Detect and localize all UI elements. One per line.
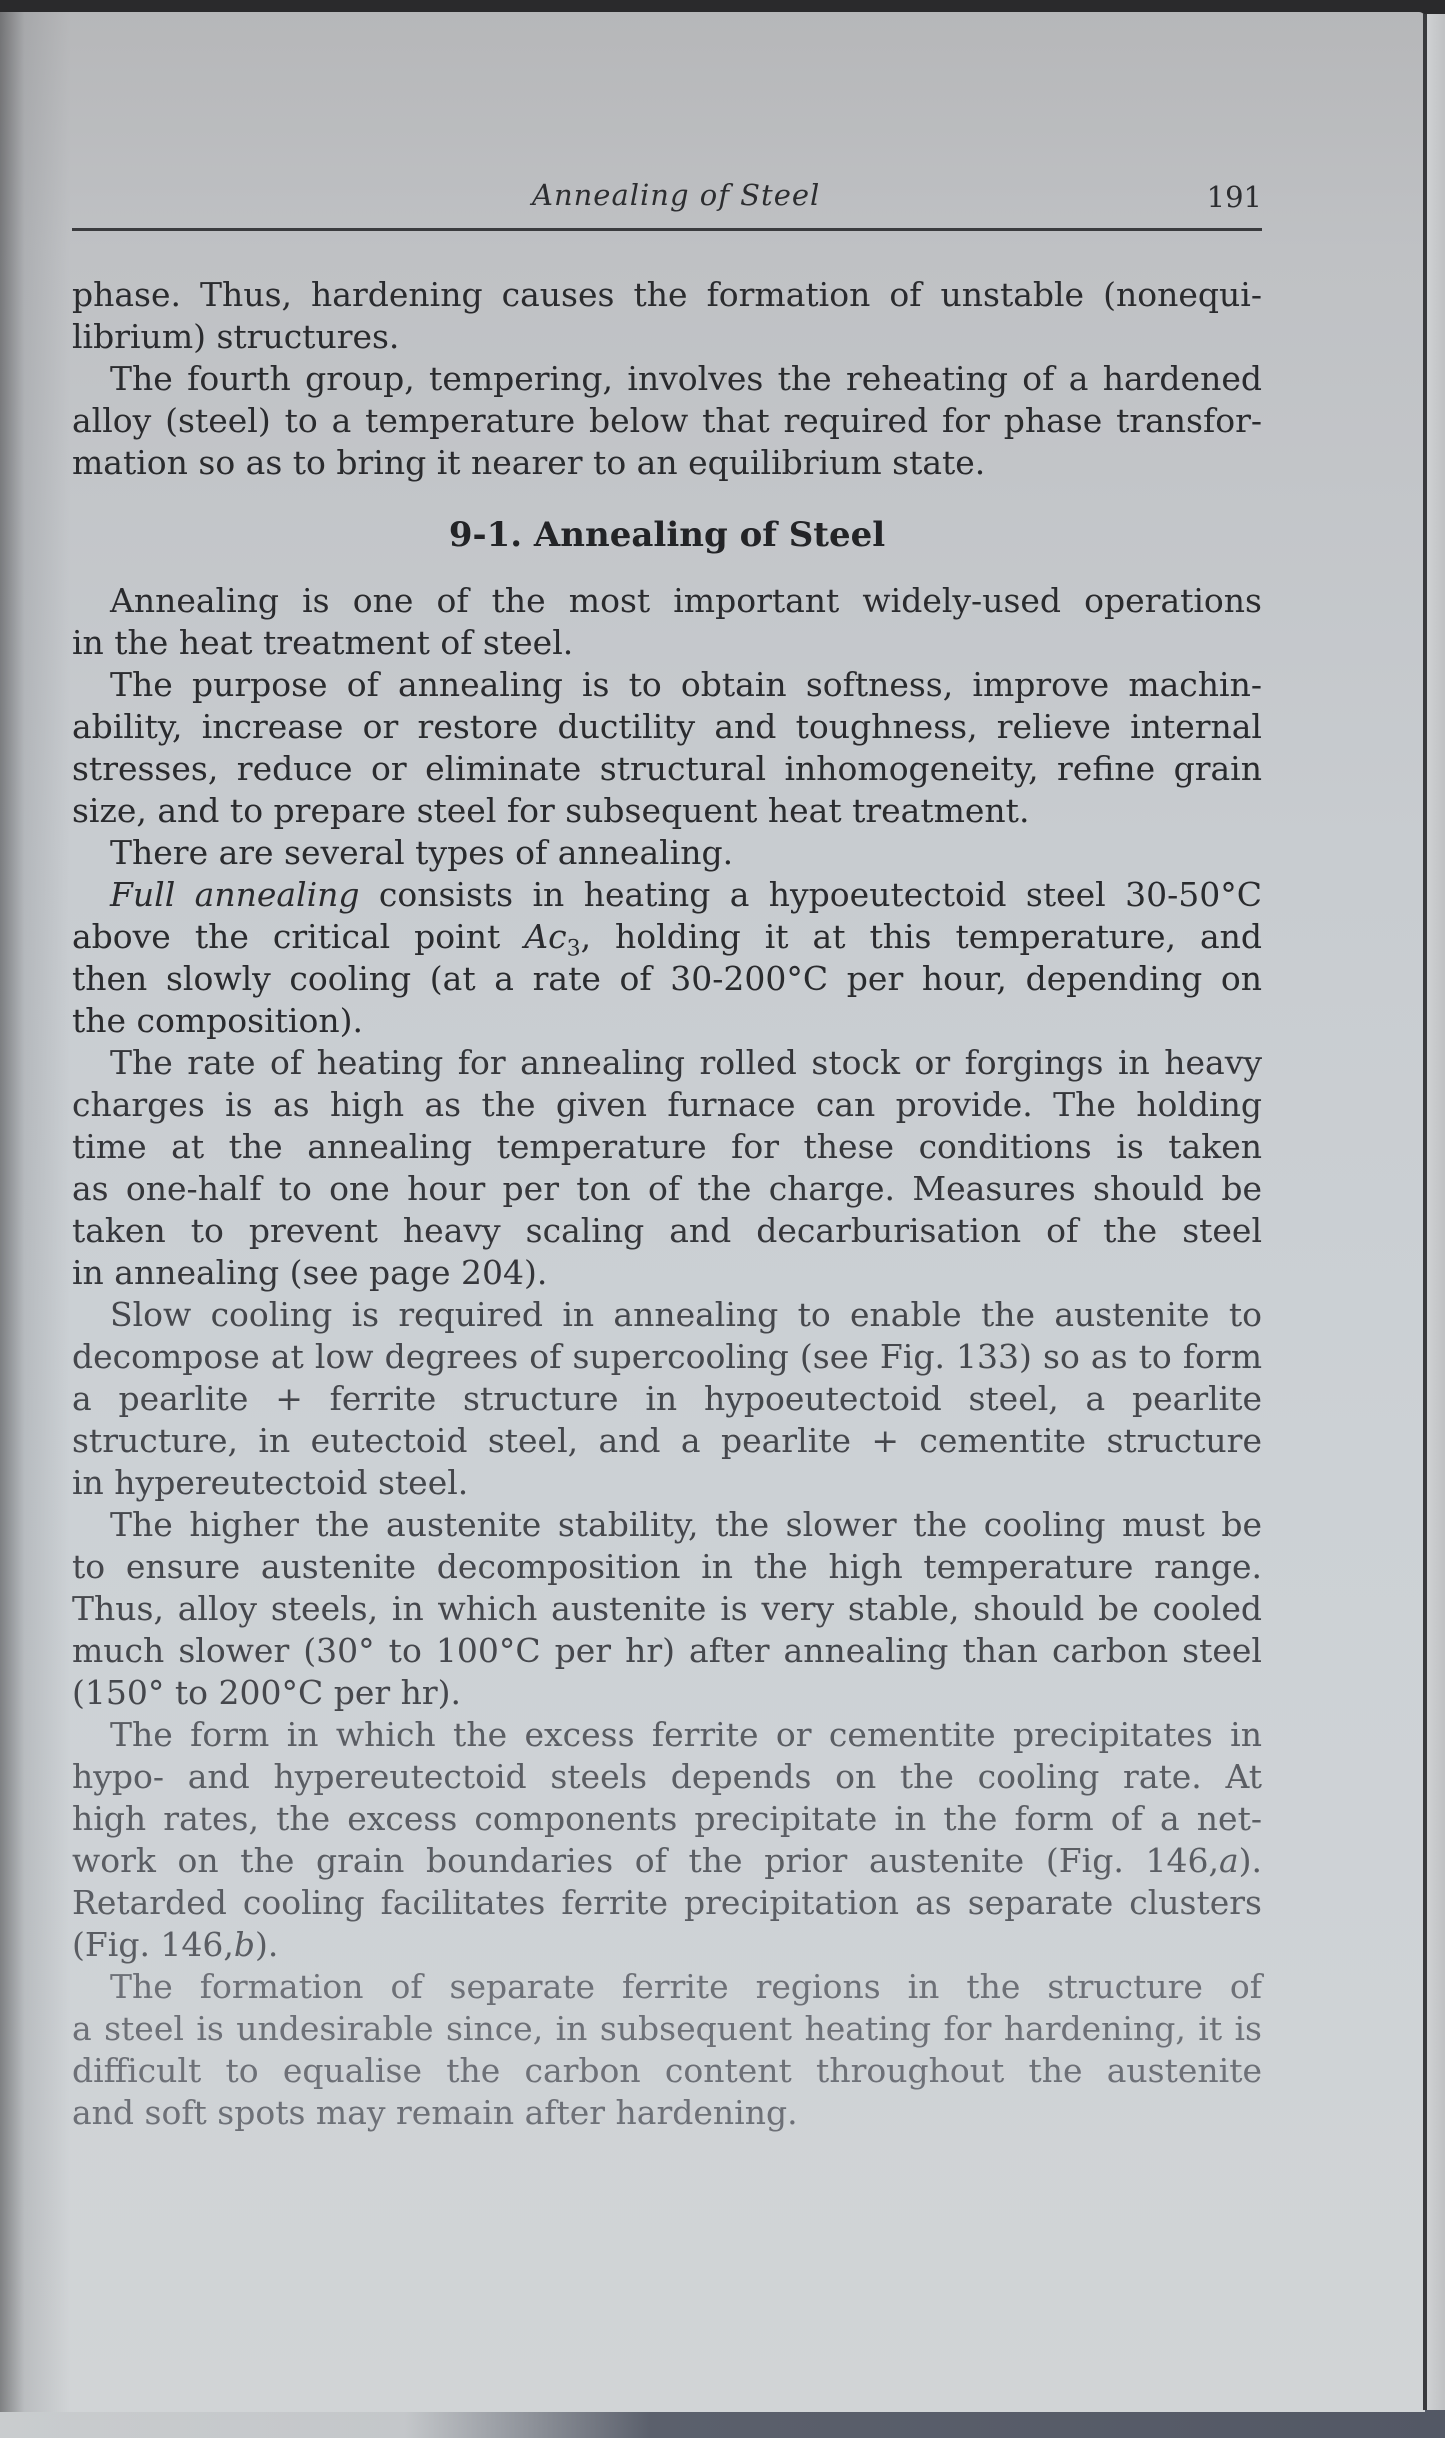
text-line: phase. Thus, hardening causes the format… bbox=[72, 274, 1262, 316]
fig-ref-a: a bbox=[1219, 1841, 1239, 1880]
text-run: ). bbox=[255, 1925, 278, 1964]
page-number: 191 bbox=[1207, 180, 1262, 214]
section-heading: 9-1. Annealing of Steel bbox=[72, 514, 1262, 556]
text-line: in annealing (see page 204). bbox=[72, 1252, 1262, 1294]
text-line: ability, increase or restore ductility a… bbox=[72, 706, 1262, 748]
text-line: alloy (steel) to a temperature below tha… bbox=[72, 400, 1262, 442]
text-line: as one-half to one hour per ton of the c… bbox=[72, 1168, 1262, 1210]
text-run: above the critical point bbox=[72, 917, 524, 956]
text-line: then slowly cooling (at a rate of 30-200… bbox=[72, 958, 1262, 1000]
text-line: There are several types of annealing. bbox=[72, 832, 1262, 874]
text-run: , holding it at this temperature, and bbox=[581, 917, 1262, 956]
text-line: Thus, alloy steels, in which austenite i… bbox=[72, 1588, 1262, 1630]
text-line: the composition). bbox=[72, 1000, 1262, 1042]
text-line: mation so as to bring it nearer to an eq… bbox=[72, 442, 1262, 484]
text-run: work on the grain boundaries of the prio… bbox=[72, 1841, 1219, 1880]
text-line: a pearlite + ferrite structure in hypoeu… bbox=[72, 1378, 1262, 1420]
text-run: ). bbox=[1239, 1841, 1262, 1880]
text-line: hypo- and hypereutectoid steels depends … bbox=[72, 1756, 1262, 1798]
fig-ref-b: b bbox=[234, 1925, 255, 1964]
text-line: high rates, the excess components precip… bbox=[72, 1798, 1262, 1840]
text-line: to ensure austenite decomposition in the… bbox=[72, 1546, 1262, 1588]
term-full-annealing: Full annealing bbox=[110, 875, 360, 914]
text-line: The rate of heating for annealing rolled… bbox=[72, 1042, 1262, 1084]
text-line: a steel is undesirable since, in subsequ… bbox=[72, 2008, 1262, 2050]
background-below-page bbox=[0, 2410, 1445, 2438]
text-line: size, and to prepare steel for subsequen… bbox=[72, 790, 1262, 832]
ac3-symbol: Ac bbox=[524, 917, 566, 956]
text-line: structure, in eutectoid steel, and a pea… bbox=[72, 1420, 1262, 1462]
text-line: in the heat treatment of steel. bbox=[72, 622, 1262, 664]
text-line: above the critical point Ac3, holding it… bbox=[72, 916, 1262, 958]
text-run: (Fig. 146, bbox=[72, 1925, 234, 1964]
text-line: in hypereutectoid steel. bbox=[72, 1462, 1262, 1504]
text-line: and soft spots may remain after hardenin… bbox=[72, 2092, 1262, 2134]
text-line: The fourth group, tempering, involves th… bbox=[72, 358, 1262, 400]
next-page-edge bbox=[1427, 14, 1445, 2410]
text-line: (150° to 200°C per hr). bbox=[72, 1672, 1262, 1714]
text-line: The purpose of annealing is to obtain so… bbox=[72, 664, 1262, 706]
text-line: The formation of separate ferrite region… bbox=[72, 1966, 1262, 2008]
text-run: consists in heating a hypoeutectoid stee… bbox=[360, 875, 1262, 914]
text-line: The form in which the excess ferrite or … bbox=[72, 1714, 1262, 1756]
text-line: Annealing is one of the most important w… bbox=[72, 580, 1262, 622]
text-line: decompose at low degrees of supercooling… bbox=[72, 1336, 1262, 1378]
running-head-title: Annealing of Steel bbox=[532, 178, 820, 212]
text-line: The higher the austenite stability, the … bbox=[72, 1504, 1262, 1546]
text-line: librium) structures. bbox=[72, 316, 1262, 358]
text-line: much slower (30° to 100°C per hr) after … bbox=[72, 1630, 1262, 1672]
header-rule bbox=[72, 228, 1262, 231]
text-line: stresses, reduce or eliminate structural… bbox=[72, 748, 1262, 790]
running-head: Annealing of Steel 191 bbox=[72, 172, 1262, 218]
text-line: (Fig. 146,b). bbox=[72, 1924, 1262, 1966]
text-line: charges is as high as the given furnace … bbox=[72, 1084, 1262, 1126]
text-line: taken to prevent heavy scaling and decar… bbox=[72, 1210, 1262, 1252]
text-line: work on the grain boundaries of the prio… bbox=[72, 1840, 1262, 1882]
page-body: phase. Thus, hardening causes the format… bbox=[72, 274, 1262, 2134]
text-line: difficult to equalise the carbon content… bbox=[72, 2050, 1262, 2092]
text-line: Slow cooling is required in annealing to… bbox=[72, 1294, 1262, 1336]
text-line: Full annealing consists in heating a hyp… bbox=[72, 874, 1262, 916]
text-line: Retarded cooling facilitates ferrite pre… bbox=[72, 1882, 1262, 1924]
text-line: time at the annealing temperature for th… bbox=[72, 1126, 1262, 1168]
